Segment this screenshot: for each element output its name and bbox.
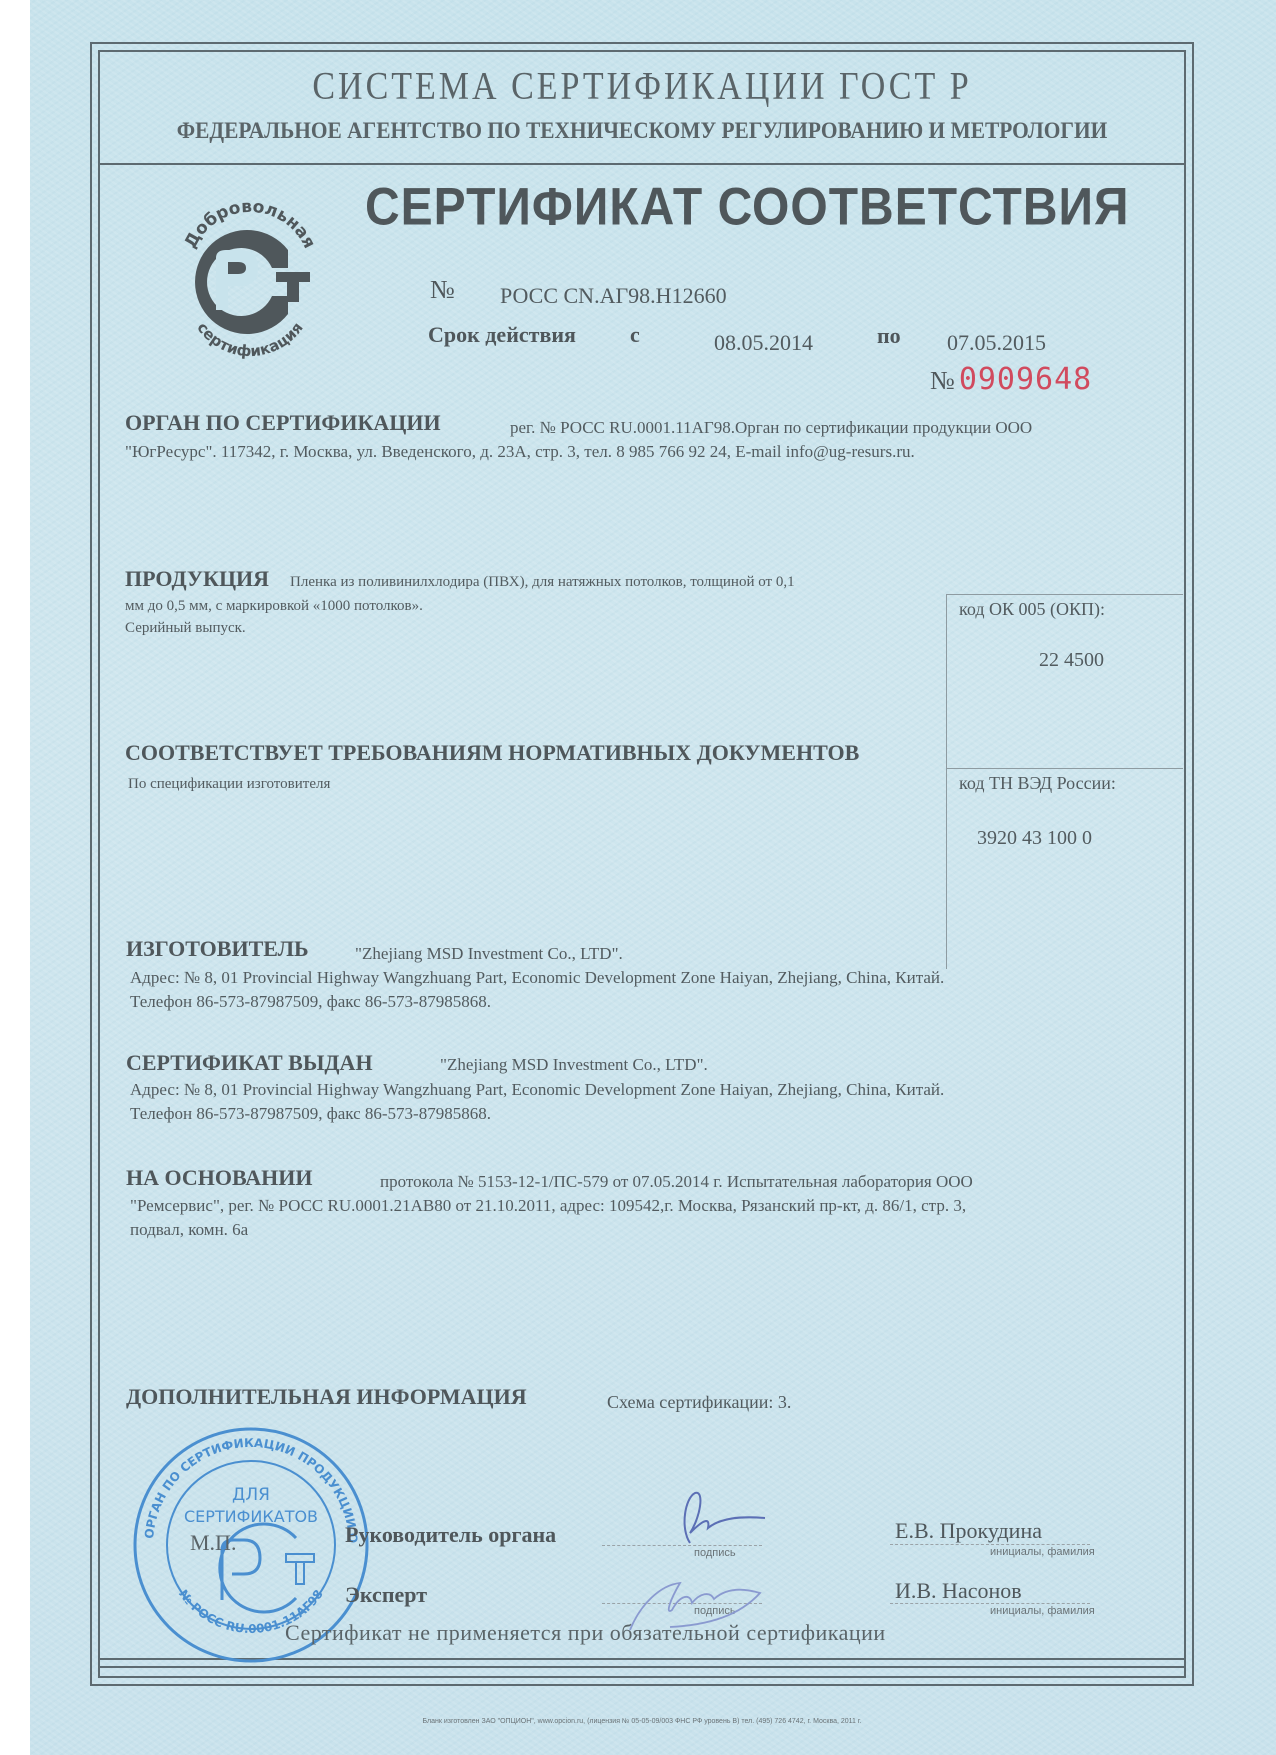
serial-block: № 0909648 <box>930 362 1092 397</box>
stamp-center-line1: ДЛЯ <box>232 1485 270 1505</box>
stamp-center-line2: СЕРТИФИКАТОВ <box>184 1507 318 1526</box>
product-line3: Серийный выпуск. <box>125 620 246 637</box>
head-signature-icon <box>660 1488 770 1548</box>
compliance-heading: СООТВЕТСТВУЕТ ТРЕБОВАНИЯМ НОРМАТИВНЫХ ДО… <box>125 740 859 766</box>
validity-to-prep: по <box>877 323 901 349</box>
tnved-code-box: код ТН ВЭД России: 3920 43 100 0 <box>946 768 1183 969</box>
issued-to-name: "Zhejiang MSD Investment Co., LTD". <box>440 1055 708 1075</box>
blank-printer-note: Бланк изготовлен ЗАО "ОПЦИОН", www.opcio… <box>98 1718 1186 1725</box>
certificate-title: СЕРТИФИКАТ СООТВЕТСТВИЯ <box>365 177 1130 238</box>
certification-body-line2: "ЮгРесурс". 117342, г. Москва, ул. Введе… <box>125 442 915 462</box>
header-divider <box>98 163 1186 165</box>
certification-body-line1: рег. № РОСС RU.0001.11АГ98.Орган по серт… <box>510 418 1032 438</box>
product-line1: Пленка из поливинилхлодира (ПВХ), для на… <box>290 574 795 591</box>
certificate-number: РОСС CN.АГ98.Н12660 <box>500 283 727 309</box>
okp-code-label: код ОК 005 (ОКП): <box>959 599 1105 620</box>
certification-scheme: Схема сертификации: 3. <box>607 1392 791 1413</box>
serial-number: 0909648 <box>959 362 1092 397</box>
additional-info-heading: ДОПОЛНИТЕЛЬНАЯ ИНФОРМАЦИЯ <box>126 1384 527 1410</box>
issued-to-address: Адрес: № 8, 01 Provincial Highway Wangzh… <box>130 1080 944 1100</box>
valid-to-date: 07.05.2015 <box>947 330 1046 356</box>
agency-name: ФЕДЕРАЛЬНОЕ АГЕНТСТВО ПО ТЕХНИЧЕСКОМУ РЕ… <box>136 118 1148 144</box>
rst-logo-icon: Добровольная сертификация <box>168 192 328 362</box>
head-name-line <box>890 1544 1090 1545</box>
basis-heading: НА ОСНОВАНИИ <box>126 1165 313 1191</box>
basis-line3: подвал, комн. 6а <box>130 1220 248 1240</box>
okp-code-box: код ОК 005 (ОКП): 22 4500 <box>946 594 1183 795</box>
expert-name-caption: инициалы, фамилия <box>990 1605 1095 1617</box>
manufacturer-heading: ИЗГОТОВИТЕЛЬ <box>126 936 309 962</box>
expert-role-label: Эксперт <box>345 1582 427 1608</box>
valid-from-date: 08.05.2014 <box>714 330 813 356</box>
expert-name: И.В. Насонов <box>895 1578 1022 1604</box>
validity-from-prep: с <box>630 322 640 348</box>
mp-label: М.П. <box>190 1530 236 1556</box>
issued-to-phone: Телефон 86-573-87987509, факс 86-573-879… <box>130 1104 491 1124</box>
compliance-line1: По спецификации изготовителя <box>128 776 330 793</box>
head-name: Е.В. Прокудина <box>895 1518 1042 1544</box>
disclaimer: Сертификат не применяется при обязательн… <box>285 1620 886 1646</box>
head-role-label: Руководитель органа <box>345 1522 556 1548</box>
number-sign: № <box>430 275 455 305</box>
tnved-code-value: 3920 43 100 0 <box>977 827 1092 850</box>
head-name-caption: инициалы, фамилия <box>990 1546 1095 1558</box>
issued-to-heading: СЕРТИФИКАТ ВЫДАН <box>126 1050 373 1076</box>
certification-body-heading: ОРГАН ПО СЕРТИФИКАЦИИ <box>125 410 441 435</box>
product-line2: мм до 0,5 мм, с маркировкой «1000 потолк… <box>125 598 423 615</box>
okp-code-value: 22 4500 <box>1039 649 1104 672</box>
product-heading: ПРОДУКЦИЯ <box>125 566 269 592</box>
basis-line1: протокола № 5153-12-1/ПС-579 от 07.05.20… <box>380 1172 973 1192</box>
manufacturer-phone: Телефон 86-573-87987509, факс 86-573-879… <box>130 992 491 1012</box>
manufacturer-name: "Zhejiang MSD Investment Co., LTD". <box>355 944 623 964</box>
manufacturer-address: Адрес: № 8, 01 Provincial Highway Wangzh… <box>130 968 944 988</box>
head-signature-caption: подпись <box>694 1547 736 1559</box>
serial-sign: № <box>930 366 955 395</box>
tnved-code-label: код ТН ВЭД России: <box>959 773 1116 794</box>
basis-line2: "Ремсервис", рег. № РОСС RU.0001.21АВ80 … <box>130 1196 966 1216</box>
validity-label: Срок действия <box>428 322 576 348</box>
certification-body-section: ОРГАН ПО СЕРТИФИКАЦИИ <box>125 410 441 436</box>
system-title: СИСТЕМА СЕРТИФИКАЦИИ ГОСТ Р <box>98 65 1186 109</box>
expert-name-line <box>890 1603 1090 1604</box>
